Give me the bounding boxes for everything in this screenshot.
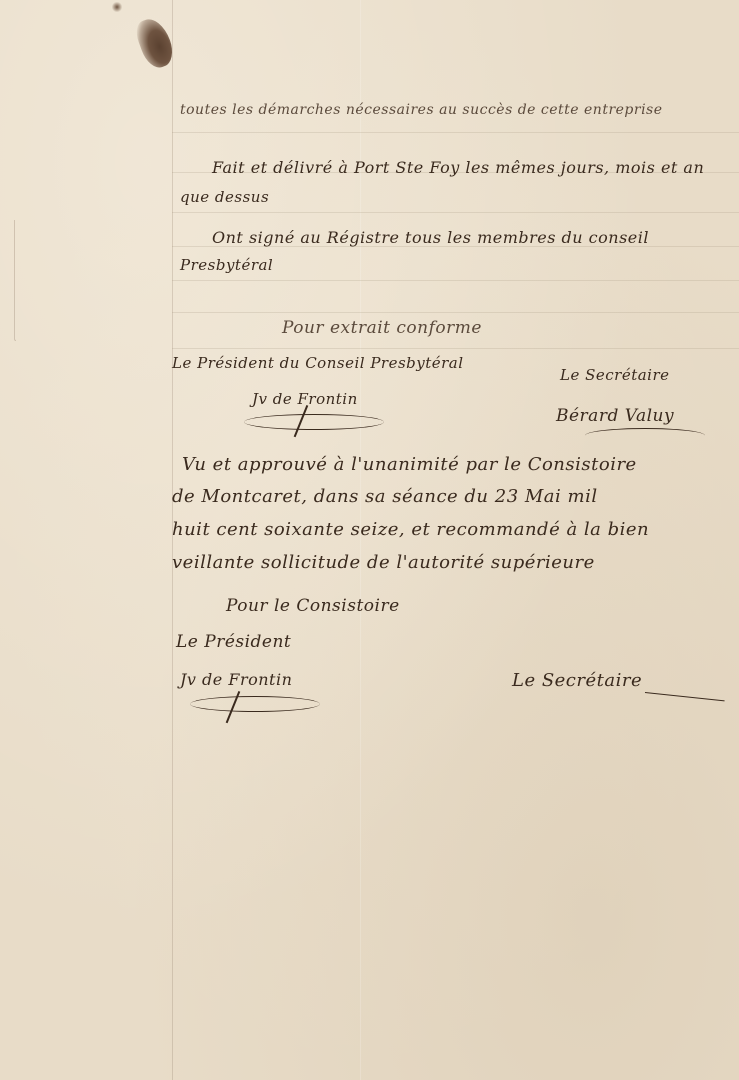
signature-paraph bbox=[585, 428, 705, 443]
margin-rule bbox=[172, 0, 173, 1080]
ruled-line bbox=[172, 312, 739, 313]
consistory-president-title: Le Président bbox=[176, 632, 291, 652]
paper-edge-mark bbox=[14, 220, 16, 341]
body-line-5: Presbytéral bbox=[180, 256, 273, 274]
body-line-1: toutes les démarches nécessaires au succ… bbox=[180, 102, 663, 118]
president-signature: Jv de Frontin bbox=[252, 390, 358, 408]
manuscript-page: toutes les démarches nécessaires au succ… bbox=[0, 0, 739, 1080]
signature-tail bbox=[645, 692, 725, 701]
ink-blot bbox=[132, 14, 177, 71]
approval-line-1: Vu et approuvé à l'unanimité par le Cons… bbox=[182, 454, 637, 475]
secretary-title: Le Secrétaire bbox=[560, 366, 670, 384]
consistory-president-signature: Jv de Frontin bbox=[180, 670, 292, 689]
consistory-secretary-title: Le Secrétaire bbox=[512, 670, 642, 691]
body-line-2: Fait et délivré à Port Ste Foy les mêmes… bbox=[212, 158, 704, 177]
body-line-4: Ont signé au Régistre tous les membres d… bbox=[212, 228, 649, 247]
ruled-line bbox=[172, 280, 739, 281]
consistory-heading: Pour le Consistoire bbox=[226, 596, 400, 616]
body-line-3: que dessus bbox=[180, 188, 269, 206]
ruled-line bbox=[172, 212, 739, 213]
approval-line-2: de Montcaret, dans sa séance du 23 Mai m… bbox=[172, 486, 598, 507]
approval-line-3: huit cent soixante seize, et recommandé … bbox=[172, 519, 649, 540]
approval-line-4: veillante sollicitude de l'autorité supé… bbox=[172, 552, 595, 573]
signature-paraph bbox=[244, 414, 384, 430]
extract-heading: Pour extrait conforme bbox=[282, 318, 482, 338]
secretary-signature: Bérard Valuy bbox=[556, 406, 674, 426]
ruled-line bbox=[172, 132, 739, 133]
ruled-line bbox=[172, 348, 739, 349]
president-title: Le Président du Conseil Presbytéral bbox=[172, 354, 464, 372]
signature-paraph bbox=[190, 696, 320, 712]
ink-speck bbox=[112, 2, 122, 12]
